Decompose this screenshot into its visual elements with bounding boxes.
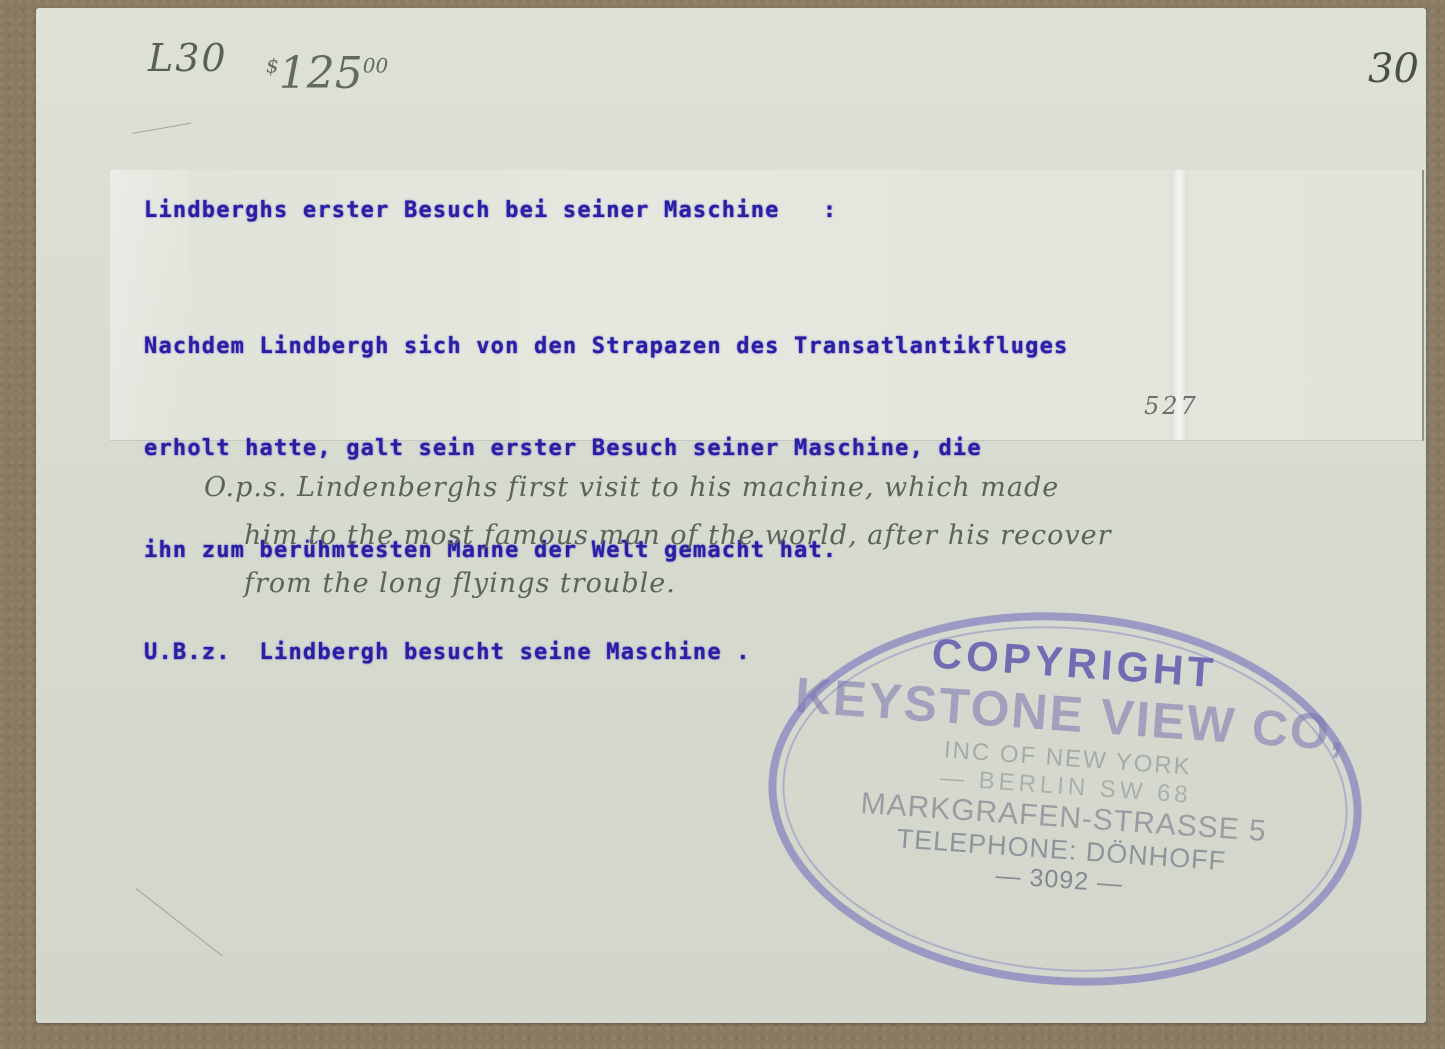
- stamp-incorporation: INC OF NEW YORK: [779, 725, 1358, 793]
- translation-line: him to the most famous man of the world,…: [204, 512, 1334, 560]
- pencil-archive-number: 527: [1144, 392, 1199, 420]
- caption-line: erholt hatte, galt sein erster Besuch se…: [144, 432, 1069, 466]
- price-currency-symbol: $: [266, 53, 279, 77]
- typed-caption-slip: Lindberghs erster Besuch bei seiner Masc…: [110, 170, 1424, 441]
- caption-title: Lindberghs erster Besuch bei seiner Masc…: [144, 198, 837, 223]
- price-value: 125: [279, 48, 363, 99]
- pencil-page-number: 30: [1368, 46, 1419, 92]
- stamp-city: — BERLIN SW 68: [777, 753, 1356, 821]
- pencil-price: $12500: [266, 48, 388, 99]
- stamp-street: MARKGRAFEN-STRASSE 5: [774, 781, 1353, 855]
- copyright-stamp: COPYRIGHT KEYSTONE VIEW CO, INC OF NEW Y…: [756, 593, 1375, 1006]
- translation-line: O.p.s. Lindenberghs first visit to his m…: [204, 464, 1334, 512]
- paper-scratch-mark: [136, 888, 223, 957]
- stamp-telephone-number: — 3092 —: [770, 846, 1349, 915]
- stamp-copyright-label: COPYRIGHT: [785, 619, 1365, 707]
- photo-print-back: L30 $12500 30 Lindberghs erster Besuch b…: [36, 8, 1426, 1023]
- pencil-catalog-number: L30: [148, 36, 228, 80]
- stamp-telephone: TELEPHONE: DÖNHOFF: [772, 815, 1351, 886]
- paper-scratch-mark: [132, 123, 191, 134]
- translation-line: from the long flyings trouble.: [204, 560, 1334, 608]
- price-cents: 00: [363, 53, 388, 77]
- handwritten-translation: O.p.s. Lindenberghs first visit to his m…: [204, 464, 1334, 608]
- caption-line: Nachdem Lindbergh sich von den Strapazen…: [144, 330, 1069, 364]
